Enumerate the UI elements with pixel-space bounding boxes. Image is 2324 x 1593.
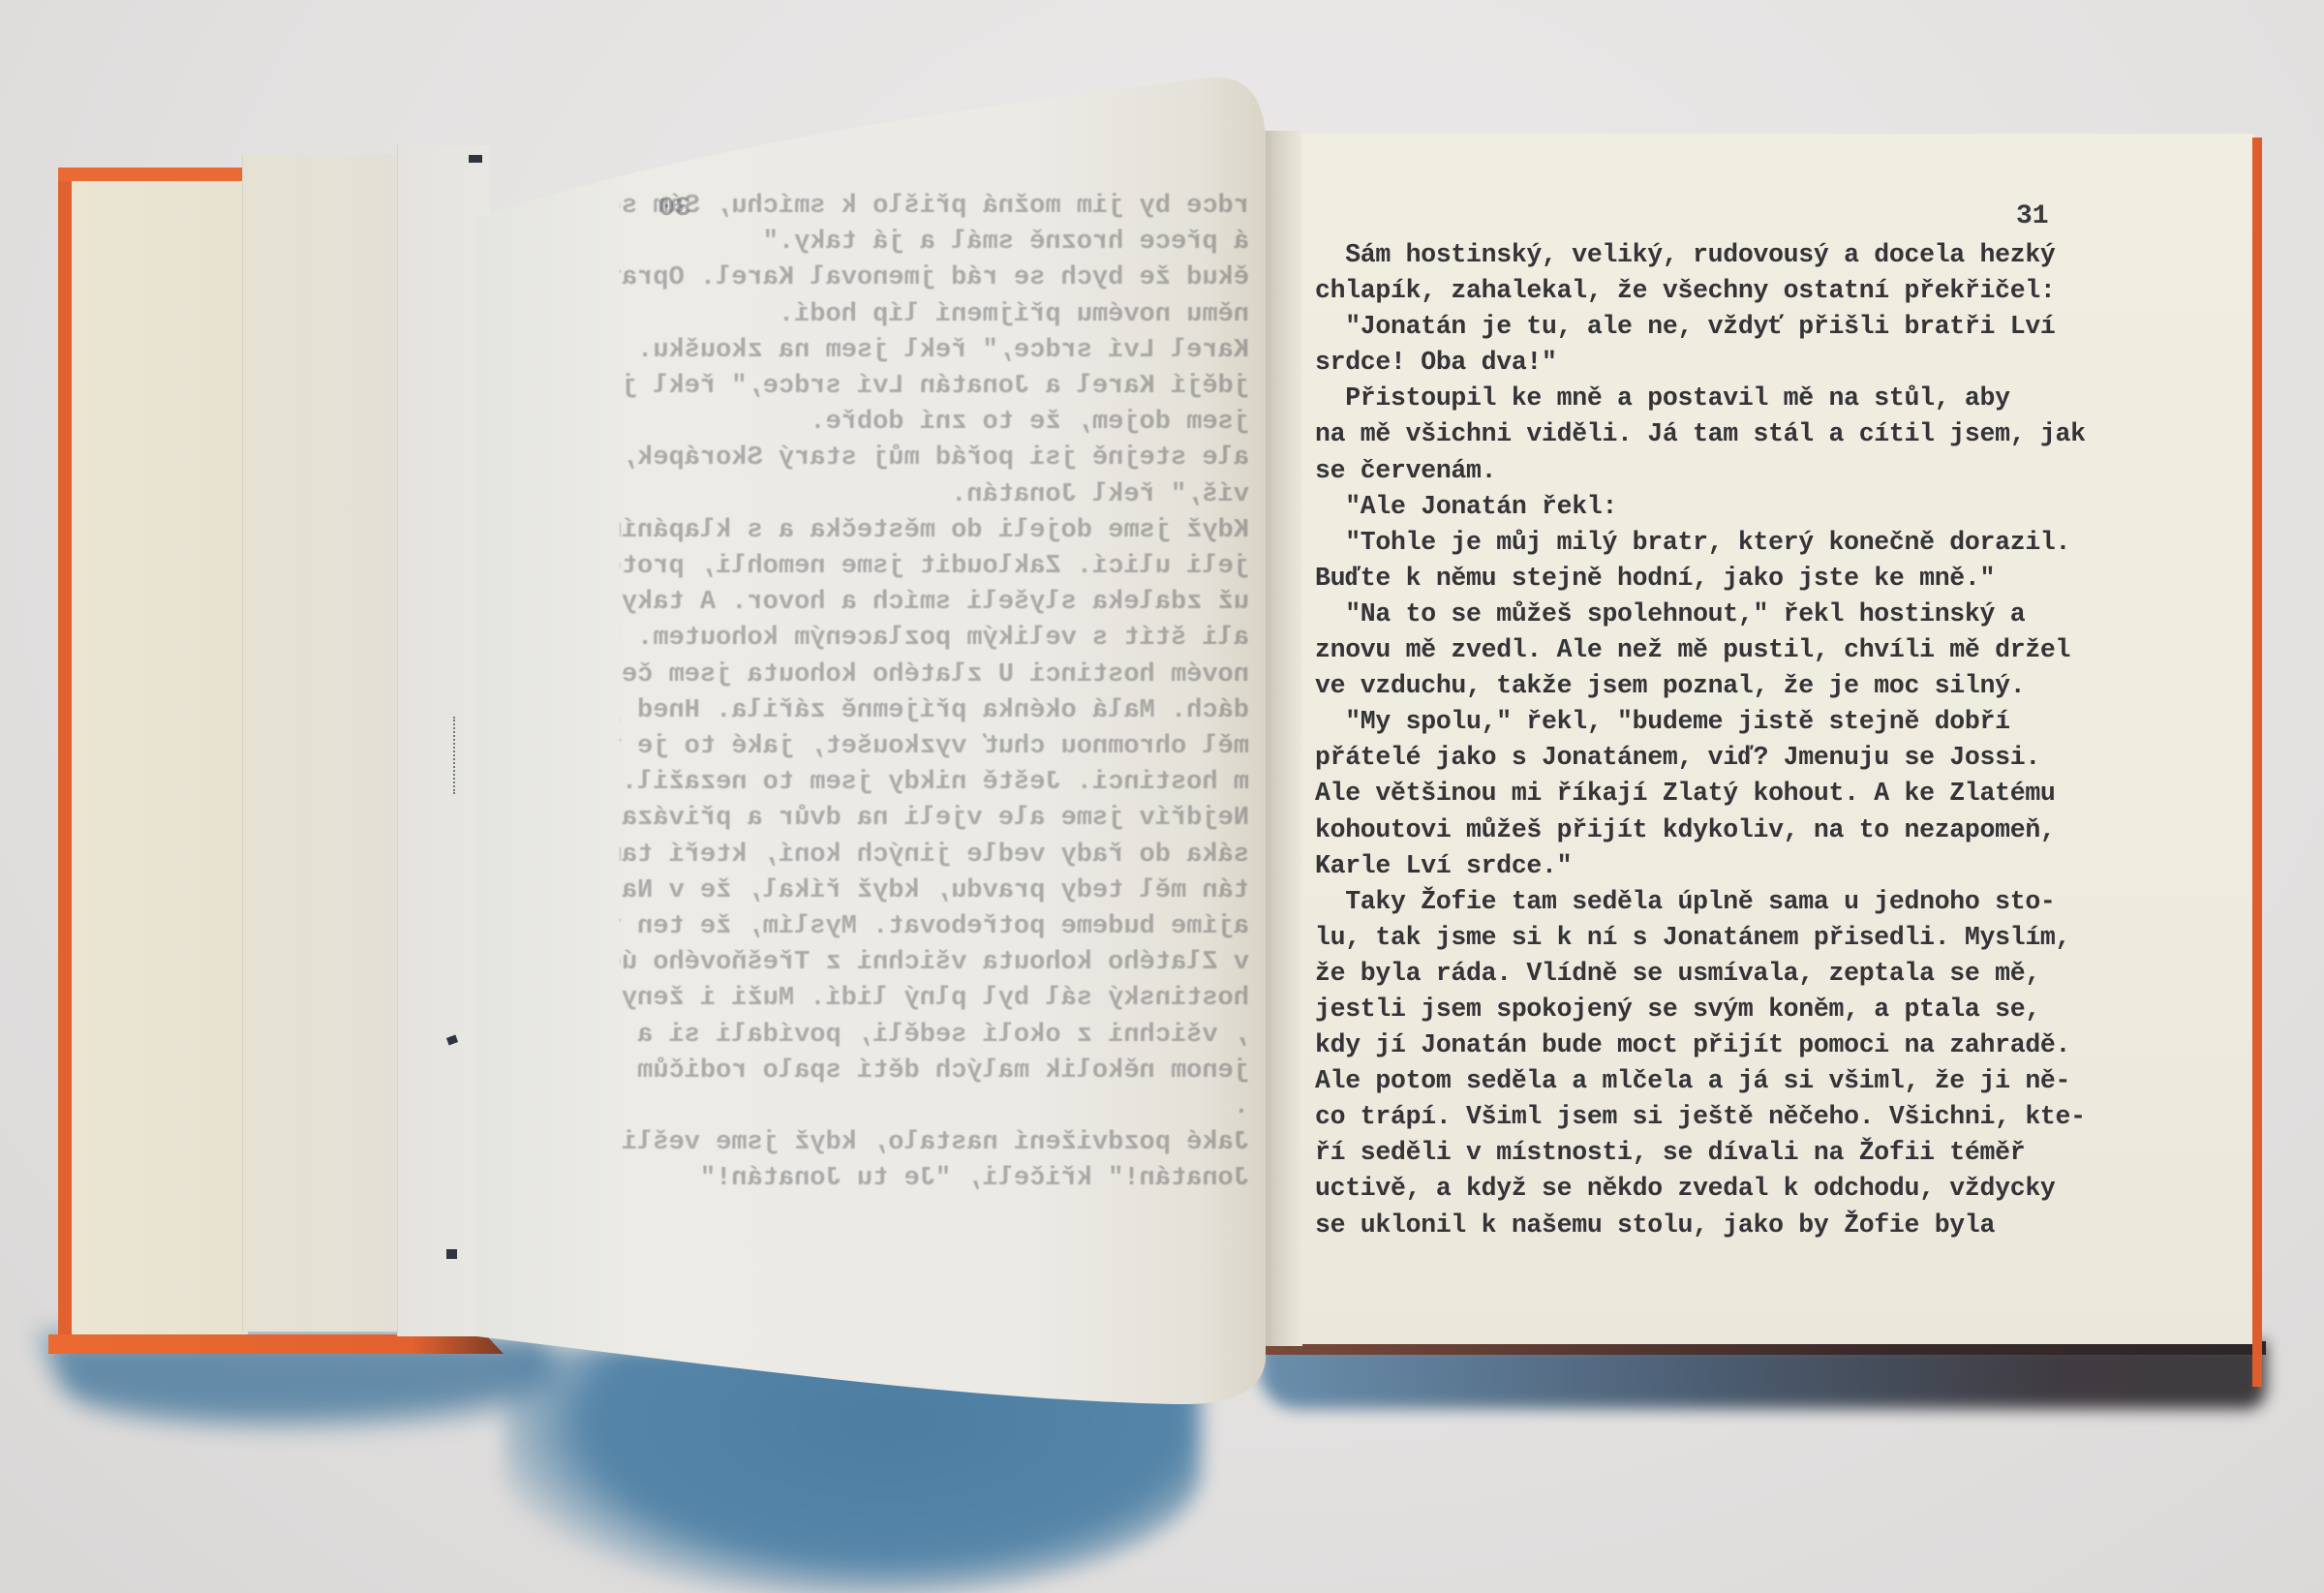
- text-line: "Jonatán je tu, ale ne, vždyť přišli bra…: [1315, 309, 2283, 345]
- text-line: Ale potom seděla a mlčela a já si všiml,…: [1315, 1063, 2283, 1099]
- text-line: "Tohle je můj milý bratr, který konečně …: [1315, 525, 2283, 561]
- text-line: ří seděli v místnosti, se dívali na Žofi…: [1315, 1135, 2283, 1171]
- page-edge-mark: [446, 1249, 457, 1259]
- text-line: Karle Lví srdce.": [1315, 848, 2283, 884]
- right-page-text: Sám hostinský, veliký, rudovousý a docel…: [1315, 237, 2283, 1243]
- text-line: kohoutovi můžeš přijít kdykoliv, na to n…: [1315, 812, 2283, 848]
- text-line: uctivě, a když se někdo zvedal k odchodu…: [1315, 1171, 2283, 1207]
- page-edge-tick-marks: [453, 717, 461, 794]
- page-number-right: 31: [2016, 201, 2049, 231]
- orange-cover-edge-bottom: [48, 1334, 504, 1354]
- text-line: "My spolu," řekl, "budeme jistě stejně d…: [1315, 704, 2283, 740]
- text-line: "Na to se můžeš spolehnout," řekl hostin…: [1315, 597, 2283, 632]
- inside-front-cover: [72, 180, 248, 1337]
- page-edge-mark: [469, 155, 482, 163]
- text-line: Buďte k němu stejně hodní, jako jste ke …: [1315, 561, 2283, 597]
- text-line: chlapík, zahalekal, že všechny ostatní p…: [1315, 273, 2283, 309]
- text-line: přátelé jako s Jonatánem, viď? Jmenuju s…: [1315, 740, 2283, 776]
- page-stack-inner: [397, 145, 490, 1336]
- text-line: lu, tak jsme si k ní s Jonatánem přisedl…: [1315, 920, 2283, 956]
- text-line: Ale většinou mi říkají Zlatý kohout. A k…: [1315, 776, 2283, 812]
- text-line: "Ale Jonatán řekl:: [1315, 489, 2283, 525]
- text-line: že byla ráda. Vlídně se usmívala, zeptal…: [1315, 956, 2283, 992]
- orange-cover-edge-left: [58, 172, 72, 1349]
- text-line: se uklonil k našemu stolu, jako by Žofie…: [1315, 1208, 2283, 1243]
- text-line: srdce! Oba dva!": [1315, 345, 2283, 381]
- text-line: na mě všichni viděli. Já tam stál a cíti…: [1315, 416, 2283, 452]
- text-line: ve vzduchu, takže jsem poznal, že je moc…: [1315, 668, 2283, 704]
- text-line: Taky Žofie tam seděla úplně sama u jedno…: [1315, 884, 2283, 920]
- text-line: jestli jsem spokojený se svým koněm, a p…: [1315, 992, 2283, 1027]
- page-stack: [242, 155, 408, 1332]
- text-line: kdy jí Jonatán bude moct přijít pomoci n…: [1315, 1027, 2283, 1063]
- text-line: znovu mě zvedl. Ale než mě pustil, chvíl…: [1315, 632, 2283, 668]
- orange-cover-edge-top: [58, 168, 247, 181]
- text-line: co trápí. Všiml jsem si ještě něčeho. Vš…: [1315, 1099, 2283, 1135]
- left-page-show-through-text: rdce by jim možná přišlo k smíchu, Sám s…: [620, 189, 1249, 1273]
- text-line: se červenám.: [1315, 453, 2283, 489]
- text-line: Přistoupil ke mně a postavil mě na stůl,…: [1315, 381, 2283, 416]
- text-line: Sám hostinský, veliký, rudovousý a docel…: [1315, 237, 2283, 273]
